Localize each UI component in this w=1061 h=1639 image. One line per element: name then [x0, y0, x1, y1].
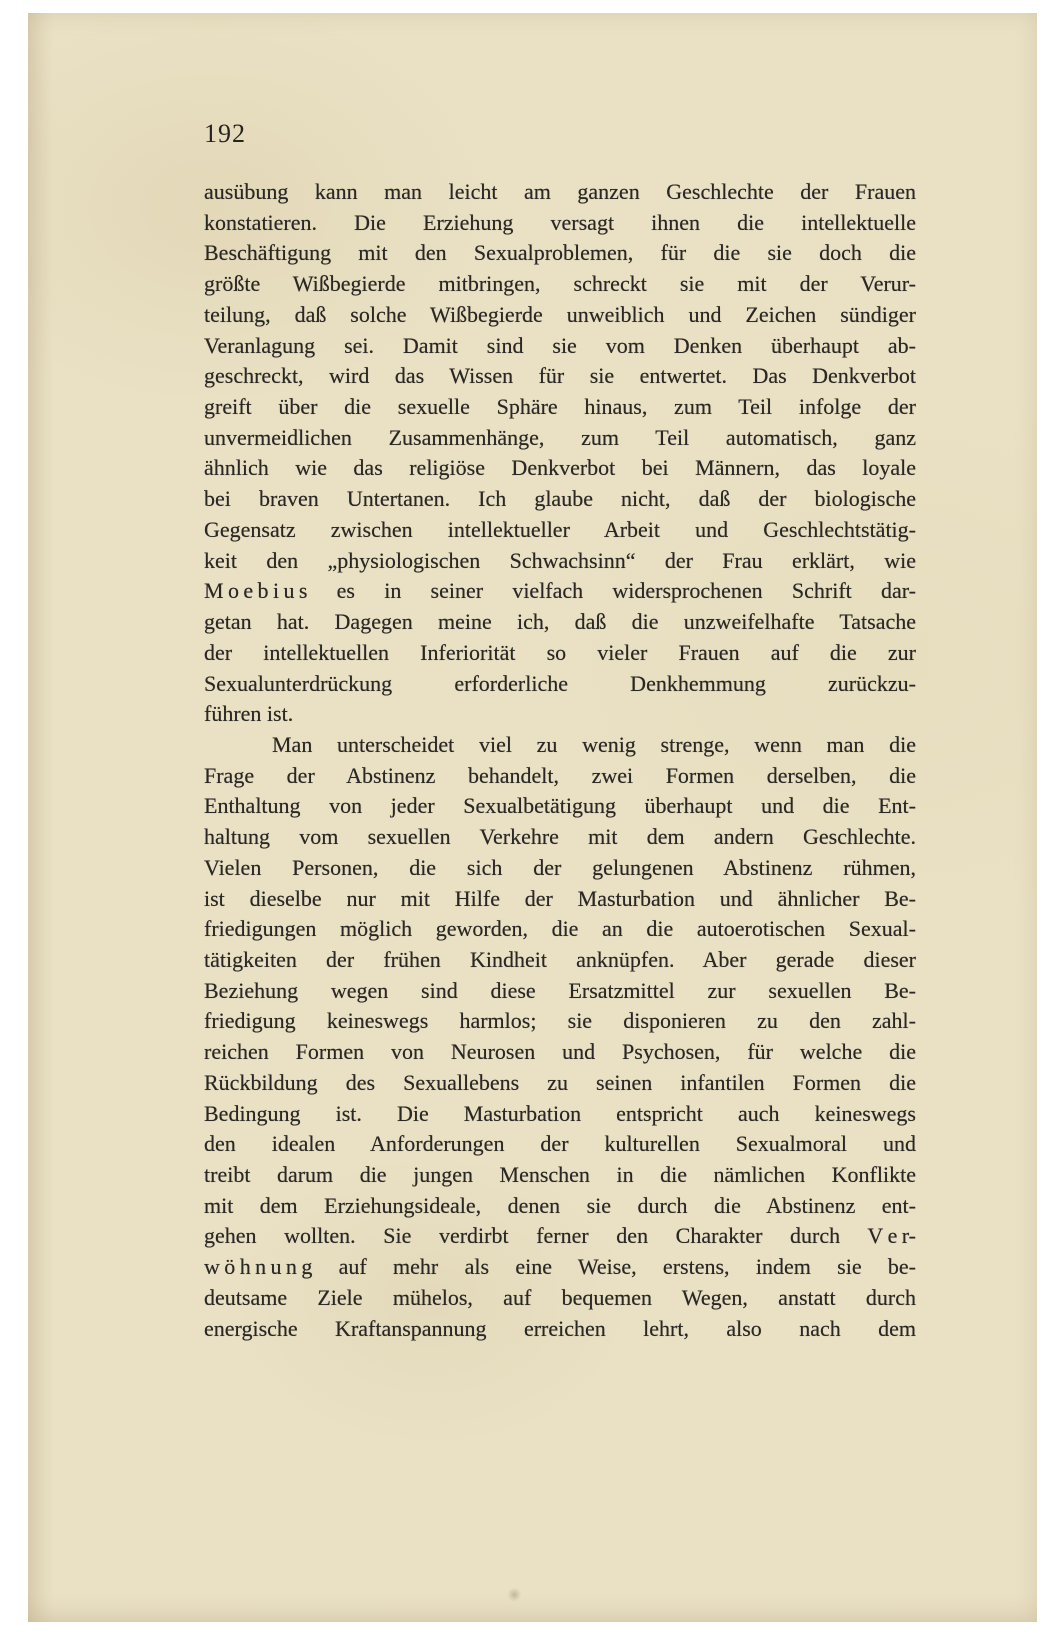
text-line: mit dem Erziehungsideale, denen sie durc…	[204, 1191, 916, 1222]
text-line: größte Wißbegierde mitbringen, schreckt …	[204, 269, 916, 300]
text-line: Beziehung wegen sind diese Ersatzmittel …	[204, 976, 916, 1007]
text-line: ähnlich wie das religiöse Denkverbot bei…	[204, 453, 916, 484]
text-line: den idealen Anforderungen der kulturelle…	[204, 1129, 916, 1160]
text-line: getan hat. Dagegen meine ich, daß die un…	[204, 607, 916, 638]
text-line: w ö h n u n g auf mehr als eine Weise, e…	[204, 1252, 916, 1283]
text-line: der intellektuellen Inferiorität so viel…	[204, 638, 916, 669]
text-line: teilung, daß solche Wißbegierde unweibli…	[204, 300, 916, 331]
text-line: gehen wollten. Sie verdirbt ferner den C…	[204, 1221, 916, 1252]
text-line: Man unterscheidet viel zu wenig strenge,…	[204, 730, 916, 761]
page-number: 192	[204, 119, 246, 149]
text-line: Veranlagung sei. Damit sind sie vom Denk…	[204, 331, 916, 362]
text-line: Enthaltung von jeder Sexualbetätigung üb…	[204, 791, 916, 822]
paragraph: ausübung kann man leicht am ganzen Gesch…	[204, 177, 916, 730]
text-line: friedigung keineswegs harmlos; sie dispo…	[204, 1006, 916, 1037]
text-line: Sexualunterdrückung erforderliche Denkhe…	[204, 669, 916, 700]
text-line: M o e b i u s es in seiner vielfach wide…	[204, 576, 916, 607]
text-line: energische Kraftanspannung erreichen leh…	[204, 1314, 916, 1345]
text-line: ausübung kann man leicht am ganzen Gesch…	[204, 177, 916, 208]
text-line: Bedingung ist. Die Masturbation entspric…	[204, 1099, 916, 1130]
paragraph: Man unterscheidet viel zu wenig strenge,…	[204, 730, 916, 1344]
book-page: 192 ausübung kann man leicht am ganzen G…	[28, 13, 1037, 1622]
text-line: tätigkeiten der frühen Kindheit anknüpfe…	[204, 945, 916, 976]
text-line: reichen Formen von Neurosen und Psychose…	[204, 1037, 916, 1068]
scan-background: 192 ausübung kann man leicht am ganzen G…	[0, 0, 1061, 1639]
text-block: ausübung kann man leicht am ganzen Gesch…	[204, 177, 916, 1344]
text-line: konstatieren. Die Erziehung versagt ihne…	[204, 208, 916, 239]
text-line: Vielen Personen, die sich der gelungenen…	[204, 853, 916, 884]
text-line: treibt darum die jungen Menschen in die …	[204, 1160, 916, 1191]
text-line: Beschäftigung mit den Sexualproblemen, f…	[204, 238, 916, 269]
text-line: Gegensatz zwischen intellektueller Arbei…	[204, 515, 916, 546]
text-line: haltung vom sexuellen Verkehre mit dem a…	[204, 822, 916, 853]
text-line: führen ist.	[204, 699, 916, 730]
text-line: ist dieselbe nur mit Hilfe der Masturbat…	[204, 884, 916, 915]
text-line: keit den „physiologischen Schwachsinn“ d…	[204, 546, 916, 577]
text-line: geschreckt, wird das Wissen für sie entw…	[204, 361, 916, 392]
text-line: friedigungen möglich geworden, die an di…	[204, 914, 916, 945]
text-line: deutsame Ziele mühelos, auf bequemen Weg…	[204, 1283, 916, 1314]
text-line: bei braven Untertanen. Ich glaube nicht,…	[204, 484, 916, 515]
text-line: greift über die sexuelle Sphäre hinaus, …	[204, 392, 916, 423]
text-line: unvermeidlichen Zusammenhänge, zum Teil …	[204, 423, 916, 454]
text-line: Rückbildung des Sexuallebens zu seinen i…	[204, 1068, 916, 1099]
text-line: Frage der Abstinenz behandelt, zwei Form…	[204, 761, 916, 792]
